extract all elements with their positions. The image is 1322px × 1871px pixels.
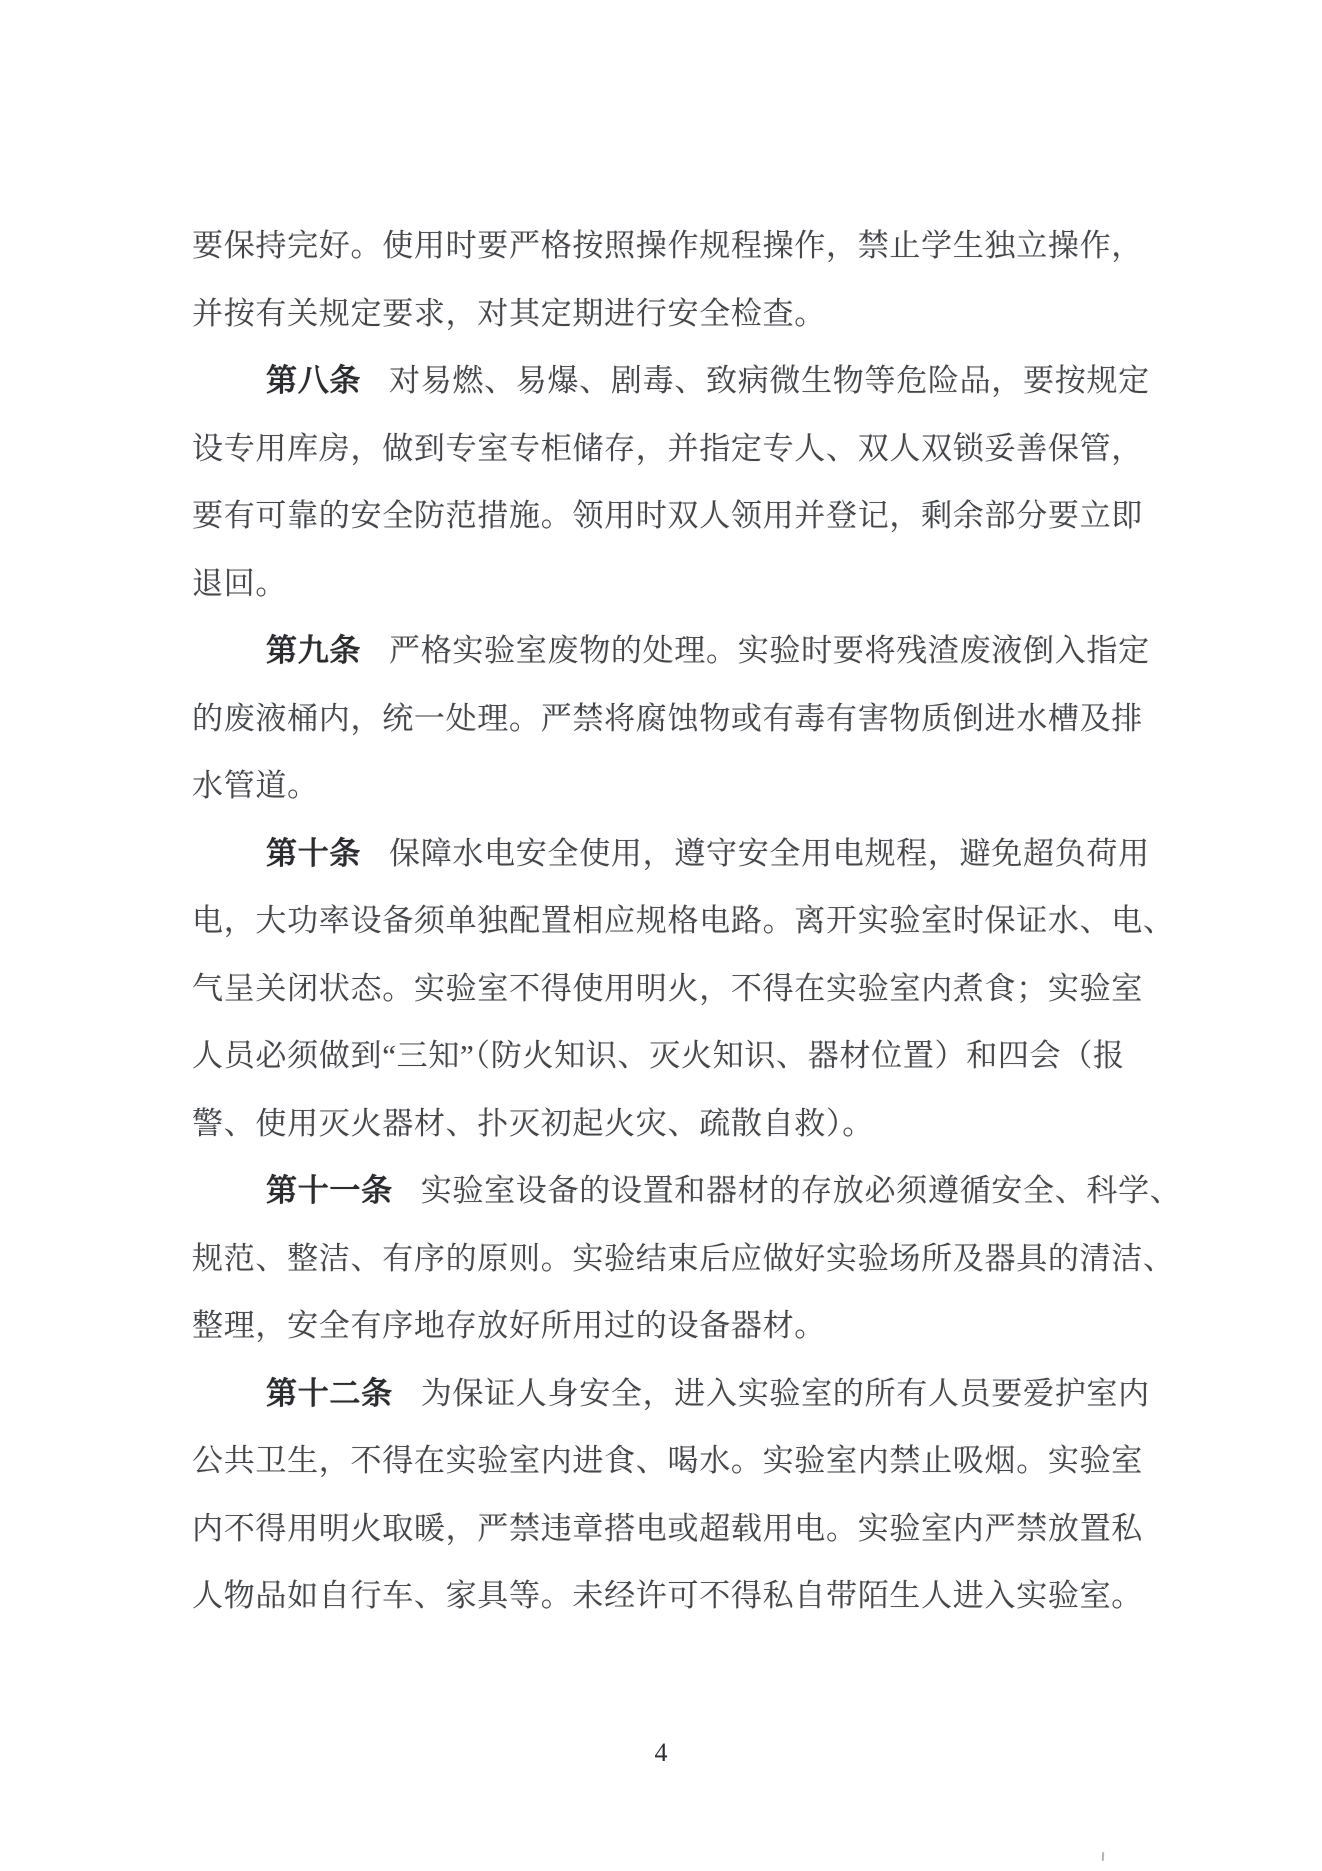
line-text: 公共卫生，不得在实验室内进食、喝水。实验室内禁止吸烟。实验室 <box>192 1443 1143 1478</box>
text-line: 第十条保障水电安全使用，遵守安全用电规程，避免超负荷用 <box>192 820 1192 888</box>
text-line: 公共卫生，不得在实验室内进食、喝水。实验室内禁止吸烟。实验室 <box>192 1427 1192 1495</box>
article-label: 第八条 <box>266 363 361 398</box>
text-line: 电，大功率设备须单独配置相应规格电路。离开实验室时保证水、电、 <box>192 887 1192 955</box>
text-line: 要保持完好。使用时要严格按照操作规程操作，禁止学生独立操作， <box>192 212 1192 280</box>
line-text: 警、使用灭火器材、扑灭初起火灾、疏散自救）。 <box>192 1106 874 1141</box>
article-label: 第十一条 <box>266 1173 393 1208</box>
line-text: 对易燃、易爆、剧毒、致病微生物等危险品，要按规定 <box>389 363 1150 398</box>
text-line: 设专用库房，做到专室专柜储存，并指定专人、双人双锁妥善保管， <box>192 415 1192 483</box>
article-label: 第十条 <box>266 836 361 871</box>
line-text: 要保持完好。使用时要严格按照操作规程操作，禁止学生独立操作， <box>192 228 1143 263</box>
text-line: 并按有关规定要求，对其定期进行安全检查。 <box>192 280 1192 348</box>
line-text: 保障水电安全使用，遵守安全用电规程，避免超负荷用 <box>389 836 1150 871</box>
line-text: 并按有关规定要求，对其定期进行安全检查。 <box>192 296 826 331</box>
line-text: 设专用库房，做到专室专柜储存，并指定专人、双人双锁妥善保管， <box>192 431 1143 466</box>
text-line: 的废液桶内，统一处理。严禁将腐蚀物或有毒有害物质倒进水槽及排 <box>192 685 1192 753</box>
line-text: 实验室设备的设置和器材的存放必须遵循安全、科学、 <box>421 1173 1182 1208</box>
line-text: 退回。 <box>192 566 287 601</box>
scan-artifact-mark <box>1102 1852 1104 1861</box>
page-number: 4 <box>0 1738 1322 1768</box>
text-line: 第八条对易燃、易爆、剧毒、致病微生物等危险品，要按规定 <box>192 347 1192 415</box>
text-line: 第十一条实验室设备的设置和器材的存放必须遵循安全、科学、 <box>192 1157 1192 1225</box>
article-label: 第十二条 <box>266 1376 393 1411</box>
line-text: 人物品如自行车、家具等。未经许可不得私自带陌生人进入实验室。 <box>192 1578 1143 1613</box>
text-line: 第九条严格实验室废物的处理。实验时要将残渣废液倒入指定 <box>192 617 1192 685</box>
text-line: 退回。 <box>192 550 1192 618</box>
document-page: 要保持完好。使用时要严格按照操作规程操作，禁止学生独立操作，并按有关规定要求，对… <box>0 0 1322 1871</box>
text-line: 整理，安全有序地存放好所用过的设备器材。 <box>192 1292 1192 1360</box>
text-line: 气呈关闭状态。实验室不得使用明火，不得在实验室内煮食；实验室 <box>192 955 1192 1023</box>
text-line: 内不得用明火取暖，严禁违章搭电或超载用电。实验室内严禁放置私 <box>192 1495 1192 1563</box>
line-text: 的废液桶内，统一处理。严禁将腐蚀物或有毒有害物质倒进水槽及排 <box>192 701 1143 736</box>
text-line: 人物品如自行车、家具等。未经许可不得私自带陌生人进入实验室。 <box>192 1562 1192 1630</box>
line-text: 人员必须做到“三知”（防火知识、灭火知识、器材位置）和四会（报 <box>192 1038 1125 1073</box>
text-line: 水管道。 <box>192 752 1192 820</box>
article-label: 第九条 <box>266 633 361 668</box>
line-text: 严格实验室废物的处理。实验时要将残渣废液倒入指定 <box>389 633 1150 668</box>
text-line: 警、使用灭火器材、扑灭初起火灾、疏散自救）。 <box>192 1090 1192 1158</box>
text-line: 规范、整洁、有序的原则。实验结束后应做好实验场所及器具的清洁、 <box>192 1225 1192 1293</box>
line-text: 内不得用明火取暖，严禁违章搭电或超载用电。实验室内严禁放置私 <box>192 1511 1143 1546</box>
line-text: 规范、整洁、有序的原则。实验结束后应做好实验场所及器具的清洁、 <box>192 1241 1175 1276</box>
line-text: 气呈关闭状态。实验室不得使用明火，不得在实验室内煮食；实验室 <box>192 971 1143 1006</box>
text-line: 第十二条为保证人身安全，进入实验室的所有人员要爱护室内 <box>192 1360 1192 1428</box>
line-text: 电，大功率设备须单独配置相应规格电路。离开实验室时保证水、电、 <box>192 903 1175 938</box>
line-text: 整理，安全有序地存放好所用过的设备器材。 <box>192 1308 826 1343</box>
text-line: 要有可靠的安全防范措施。领用时双人领用并登记，剩余部分要立即 <box>192 482 1192 550</box>
text-line: 人员必须做到“三知”（防火知识、灭火知识、器材位置）和四会（报 <box>192 1022 1192 1090</box>
line-text: 为保证人身安全，进入实验室的所有人员要爱护室内 <box>421 1376 1150 1411</box>
line-text: 水管道。 <box>192 768 319 803</box>
text-block: 要保持完好。使用时要严格按照操作规程操作，禁止学生独立操作，并按有关规定要求，对… <box>192 212 1192 1630</box>
line-text: 要有可靠的安全防范措施。领用时双人领用并登记，剩余部分要立即 <box>192 498 1143 533</box>
